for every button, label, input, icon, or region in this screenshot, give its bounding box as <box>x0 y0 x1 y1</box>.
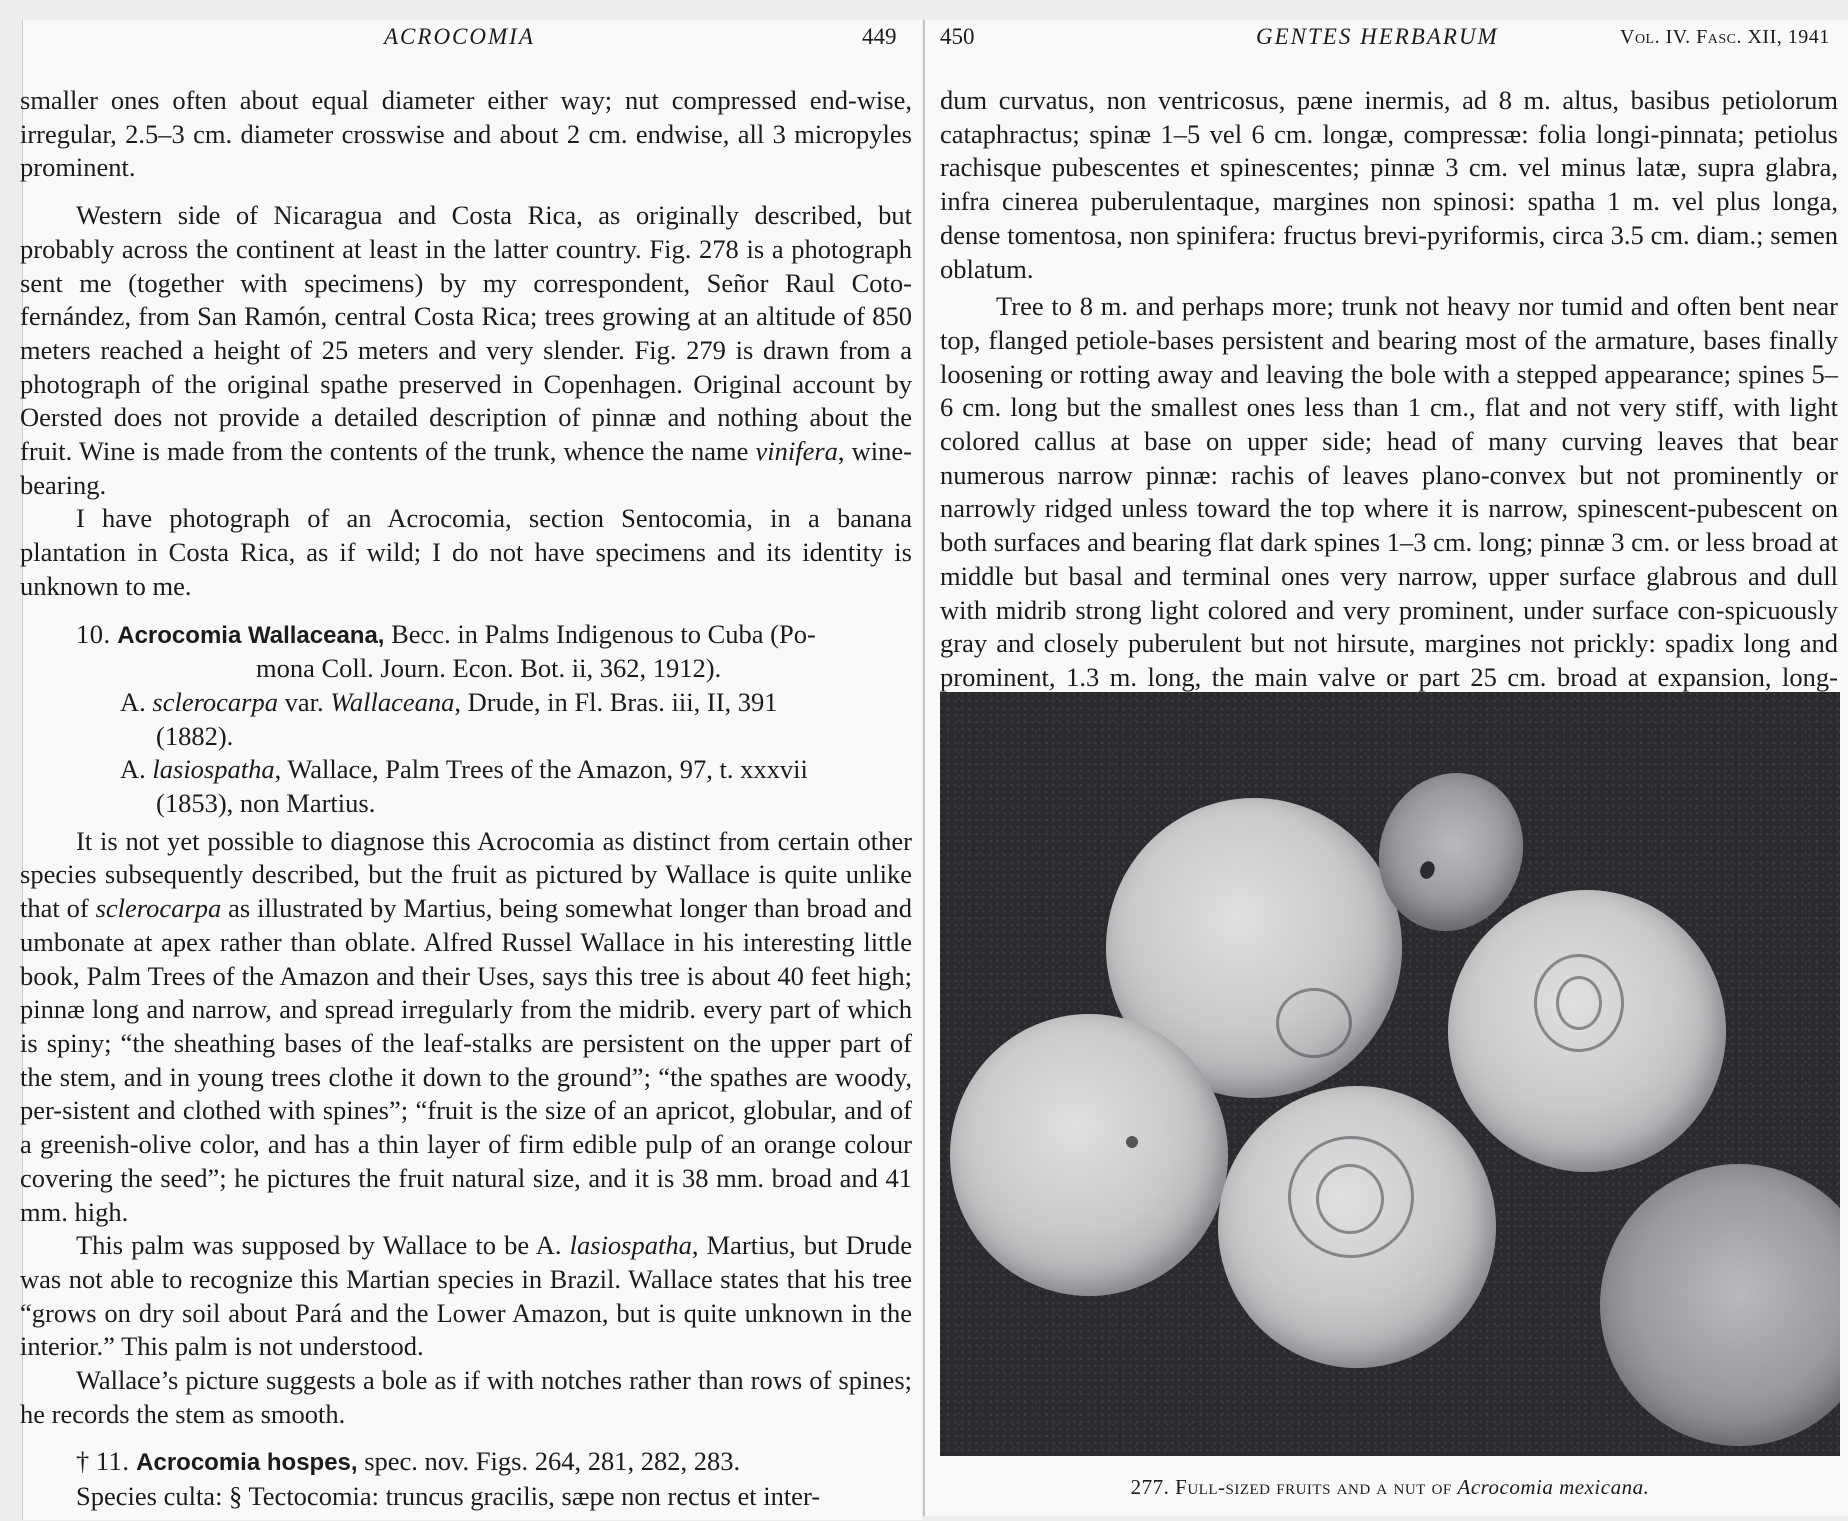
left-page-number: 449 <box>862 22 897 52</box>
right-page-number: 450 <box>940 22 975 52</box>
fruit-scar <box>1276 988 1352 1058</box>
species-10-name: Acrocomia Wallaceana, <box>117 622 384 649</box>
fruit-calyx-inner <box>1556 976 1602 1030</box>
latin-continuation: dum curvatus, non ventricosus, pæne iner… <box>940 84 1838 286</box>
species-10-entry: 10. Acrocomia Wallaceana, Becc. in Palms… <box>76 618 912 686</box>
fruit-photograph <box>940 692 1840 1456</box>
synonym-lasiospatha: A. lasiospatha, Wallace, Palm Trees of t… <box>120 753 912 820</box>
latin-diagnosis-start: Species culta: § Tectocomia: truncus gra… <box>20 1480 912 1514</box>
fruit-bottom-left <box>950 1014 1228 1296</box>
species-11-entry: † 11. Acrocomia hospes, spec. nov. Figs.… <box>20 1445 912 1480</box>
fruit-bottom-middle <box>1218 1086 1496 1368</box>
photograph-paragraph: I have photograph of an Acrocomia, secti… <box>20 502 912 603</box>
nut-pore <box>1418 859 1437 881</box>
fruit-apex-point <box>1126 1136 1138 1148</box>
right-running-head-title: GENTES HERBARUM <box>1256 22 1499 52</box>
synonym-sclerocarpa: A. sclerocarpa var. Wallaceana, Drude, i… <box>120 686 912 753</box>
left-running-head-title: ACROCOMIA <box>384 22 535 52</box>
discussion-paragraph-2: This palm was supposed by Wallace to be … <box>20 1229 912 1364</box>
left-column: smaller ones often about equal diameter … <box>20 84 912 1514</box>
right-column: dum curvatus, non ventricosus, pæne iner… <box>940 84 1838 728</box>
volume-info: Vol. IV. Fasc. XII, 1941 <box>1620 22 1830 52</box>
distribution-paragraph: Western side of Nicaragua and Costa Rica… <box>20 199 912 502</box>
description-paragraph: Tree to 8 m. and perhaps more; trunk not… <box>940 290 1838 728</box>
discussion-paragraph-3: Wallace’s picture suggests a bole as if … <box>20 1364 912 1431</box>
species-11-name: Acrocomia hospes, <box>136 1449 357 1476</box>
fruit-right-middle <box>1448 890 1726 1172</box>
discussion-paragraph-1: It is not yet possible to diagnose this … <box>20 825 912 1229</box>
continuation-paragraph: smaller ones often about equal diameter … <box>20 84 912 185</box>
figure-caption: 277. Full-sized fruits and a nut of Acro… <box>940 1474 1840 1500</box>
fruit-calyx-inner <box>1316 1164 1384 1234</box>
